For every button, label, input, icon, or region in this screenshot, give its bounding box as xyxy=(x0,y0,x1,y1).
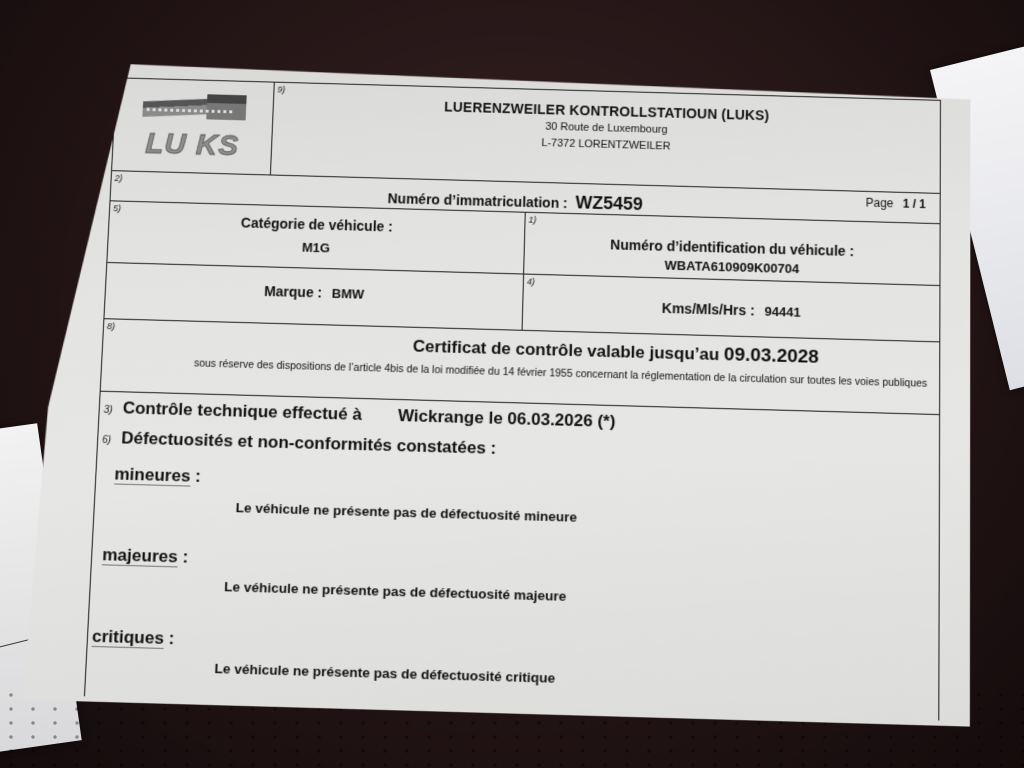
mileage-cell: 4) Kms/Mls/Hrs : 94441 xyxy=(522,274,940,341)
field-index: 2) xyxy=(114,173,122,183)
severity-major-text: Le véhicule ne présente pas de défectuos… xyxy=(224,579,567,604)
valid-until-date: 09.03.2028 xyxy=(724,344,819,368)
severity-minor-text: Le véhicule ne présente pas de défectuos… xyxy=(235,500,577,525)
field-index: 9) xyxy=(277,85,285,95)
inspection-location-date: 3) Contrôle technique effectué à Wickran… xyxy=(103,398,615,432)
vehicle-category-value: M1G xyxy=(108,235,524,261)
field-index: 4) xyxy=(527,277,535,287)
field-index: 5) xyxy=(113,203,121,213)
severity-minor-label: mineures : xyxy=(114,464,201,487)
defects-heading: 6) Défectuosités et non-conformités cons… xyxy=(102,428,497,459)
field-index: 3) xyxy=(103,405,112,416)
logo-text: LU KS xyxy=(145,127,240,163)
inspection-certificate: LU KS 9) LUERENZWEILER KONTROLLSTATIOUN … xyxy=(23,62,971,726)
field-index: 1) xyxy=(528,215,536,225)
mileage-value: 94441 xyxy=(765,304,801,320)
field-index: 6) xyxy=(102,435,111,446)
organization-block: 9) LUERENZWEILER KONTROLLSTATIOUN (LUKS)… xyxy=(270,83,940,193)
make-value: BMW xyxy=(332,286,365,302)
severity-major-label: majeures : xyxy=(102,545,189,568)
mileage-label: Kms/Mls/Hrs : xyxy=(662,300,755,318)
vehicle-category-label: Catégorie de véhicule : xyxy=(109,211,524,238)
page-indicator: Page 1 / 1 xyxy=(866,196,926,211)
inspection-value: Wickrange le 06.03.2026 (*) xyxy=(398,406,616,432)
building-icon xyxy=(142,90,247,126)
luks-logo: LU KS xyxy=(112,78,274,174)
severity-critical-text: Le véhicule ne présente pas de défectuos… xyxy=(214,661,555,686)
registration-number: WZ5459 xyxy=(575,193,643,214)
vin-cell: 1) Numéro d’identification du véhicule :… xyxy=(523,213,940,285)
page-number: 1 / 1 xyxy=(903,197,926,211)
severity-critical-label: critiques : xyxy=(92,626,175,649)
inspection-results: 3) Contrôle technique effectué à Wickran… xyxy=(84,392,940,721)
field-index: 8) xyxy=(107,321,115,331)
make-cell: Marque : BMW xyxy=(104,263,523,330)
vehicle-category-cell: 5) Catégorie de véhicule : M1G xyxy=(107,201,524,273)
certificate-form: LU KS 9) LUERENZWEILER KONTROLLSTATIOUN … xyxy=(84,77,941,720)
make-label: Marque : xyxy=(264,283,323,300)
